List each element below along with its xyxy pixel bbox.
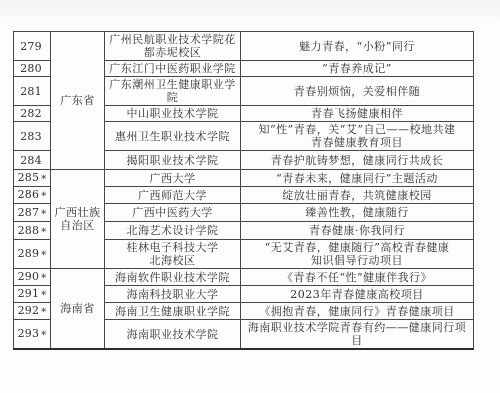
school-name: 北海艺术设计学院 <box>127 224 219 237</box>
row-number: 288 <box>18 224 40 237</box>
school-name: 揭阳职业技术学院 <box>105 151 241 170</box>
row-marker: * <box>41 272 46 285</box>
row-number: 280 <box>20 62 42 75</box>
province-name: 广东省 <box>51 32 105 170</box>
school-name: 广东江门中医药职业学院 <box>105 61 241 77</box>
document-page: 279 广东省 广州民航职业技术学院花 都赤坭校区 魅力青春，“小粉”同行 28… <box>0 0 500 393</box>
project-name: “青春养成记” <box>241 61 474 77</box>
row-marker: * <box>41 226 46 239</box>
row-marker: * <box>41 249 46 262</box>
province-name: 广西壮族 自治区 <box>51 170 105 269</box>
school-name: 海南科技职业大学 <box>105 286 241 303</box>
school-name: 广西大学 <box>105 170 241 187</box>
school-name: 海南职业技术学院 <box>105 320 241 350</box>
row-number: 287 <box>18 206 40 219</box>
school-name: 中山职业技术学院 <box>105 106 241 122</box>
row-marker: * <box>41 289 46 302</box>
row-number: 282 <box>20 107 42 120</box>
row-number: 284 <box>20 154 42 167</box>
project-name: 青春护航铸梦想，健康同行共成长 <box>241 151 474 170</box>
table-row: 279 广东省 广州民航职业技术学院花 都赤坭校区 魅力青春，“小粉”同行 <box>14 32 474 61</box>
school-name: 桂林电子科技大学 北海校区 <box>105 240 241 269</box>
project-name: 海南职业技术学院青春有约——健康同行项目 <box>241 320 474 350</box>
project-name: 青春健康·你我同行 <box>241 222 474 240</box>
project-name: 青春飞扬健康相伴 <box>241 106 474 122</box>
project-name: 知“性”青春，关“艾”自己——校地共建 青春健康教育项目 <box>241 122 474 151</box>
project-name: 绽放壮丽青春，共筑健康校园 <box>241 187 474 204</box>
project-name: 2023年青春健康高校项目 <box>241 286 474 303</box>
row-number: 289 <box>18 247 40 260</box>
school-name: 海南卫生健康职业学院 <box>105 303 241 320</box>
row-marker: * <box>41 329 46 342</box>
row-number: 279 <box>20 40 42 53</box>
row-number: 283 <box>20 130 42 143</box>
row-number: 293 <box>18 327 40 340</box>
project-name: 魅力青春，“小粉”同行 <box>241 32 474 61</box>
province-name: 海南省 <box>51 269 105 350</box>
row-marker: * <box>41 173 46 186</box>
school-name: 广东潮州卫生健康职业学院 <box>105 77 241 106</box>
award-table: 279 广东省 广州民航职业技术学院花 都赤坭校区 魅力青春，“小粉”同行 28… <box>13 31 474 350</box>
project-name: “无艾青春，健康随行”高校青春健康 知识倡导行动项目 <box>241 240 474 269</box>
project-name: 《拥抱青春，健康同行》青春健康项目 <box>241 303 474 320</box>
table-row: 290* 海南省 海南软件职业技术学院 《青春不任“性”健康伴我行》 <box>14 269 474 286</box>
row-number: 291 <box>18 287 40 300</box>
row-number: 281 <box>20 85 42 98</box>
row-marker: * <box>41 190 46 203</box>
row-marker: * <box>41 306 46 319</box>
row-marker: * <box>41 208 46 221</box>
project-name: 《青春不任“性”健康伴我行》 <box>241 269 474 286</box>
project-name: “青春未来，健康同行”主题活动 <box>241 170 474 187</box>
school-name: 广州民航职业技术学院花 都赤坭校区 <box>105 32 241 61</box>
row-number: 292 <box>18 304 40 317</box>
project-name: 臻善性教，健康随行 <box>241 204 474 222</box>
school-name: 海南软件职业技术学院 <box>105 269 241 286</box>
row-number: 285 <box>18 171 40 184</box>
project-name: 青春别烦恼，关爱相伴随 <box>241 77 474 106</box>
row-number: 286 <box>18 188 40 201</box>
school-name: 广西中医药大学 <box>105 204 241 222</box>
school-name: 广西师范大学 <box>105 187 241 204</box>
school-name: 惠州卫生职业技术学院 <box>105 122 241 151</box>
row-number: 290 <box>18 270 40 283</box>
table-row: 285* 广西壮族 自治区 广西大学 “青春未来，健康同行”主题活动 <box>14 170 474 187</box>
